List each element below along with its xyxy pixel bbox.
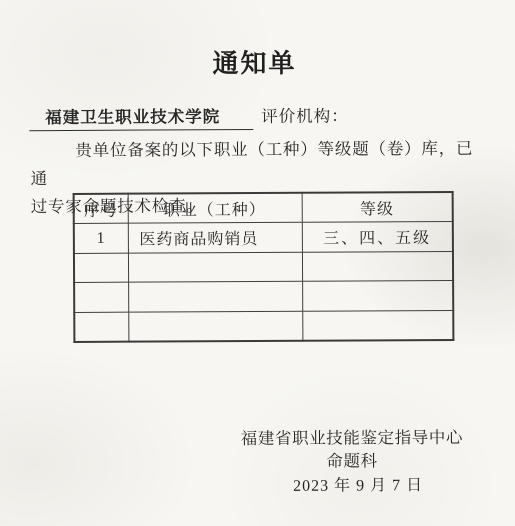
cell-level	[302, 281, 453, 311]
recipient-org-name: 福建卫生职业技术学院	[29, 103, 253, 131]
scanned-notice-document: { "doc": { "title": "通知单" }, "recipient"…	[0, 0, 515, 526]
table-row: 1 医药商品购销员 三、四、五级	[74, 222, 453, 253]
cell-no	[74, 312, 128, 342]
cell-level: 三、四、五级	[302, 222, 453, 252]
cell-occupation	[128, 281, 302, 311]
header-cell-occupation: 职业（工种）	[128, 193, 302, 224]
cell-no	[74, 282, 128, 312]
body-line-1: 贵单位备案的以下职业（工种）等级题（卷）库，已通	[30, 135, 480, 193]
cell-occupation: 医药商品购销员	[128, 223, 302, 253]
cell-occupation	[128, 311, 302, 342]
cell-occupation	[128, 252, 302, 282]
header-cell-level: 等级	[302, 192, 453, 223]
cell-no: 1	[74, 224, 128, 254]
signature-dept: 命题科	[206, 449, 498, 474]
header-cell-no: 序号	[74, 194, 128, 224]
signature-block: 福建省职业技能鉴定指导中心 命题科 2023 年 9 月 7 日	[206, 426, 498, 499]
cell-level	[302, 310, 453, 341]
cell-level	[302, 251, 453, 281]
table-row	[74, 281, 453, 312]
signature-date: 2023 年 9 月 7 日	[206, 474, 498, 499]
table-row	[74, 310, 453, 342]
cell-no	[74, 253, 128, 283]
recipient-line: 福建卫生职业技术学院评价机构：	[29, 103, 349, 132]
occupation-level-table: 序号 职业（工种） 等级 1 医药商品购销员 三、四、五级	[73, 191, 455, 343]
table-header-row: 序号 职业（工种） 等级	[74, 192, 453, 224]
table-row	[74, 251, 453, 282]
document-title: 通知单	[0, 42, 510, 82]
signature-org: 福建省职业技能鉴定指导中心	[206, 426, 498, 451]
recipient-label: 评价机构：	[261, 107, 349, 126]
document-sheet: 通知单 福建卫生职业技术学院评价机构： 贵单位备案的以下职业（工种）等级题（卷）…	[0, 0, 515, 526]
